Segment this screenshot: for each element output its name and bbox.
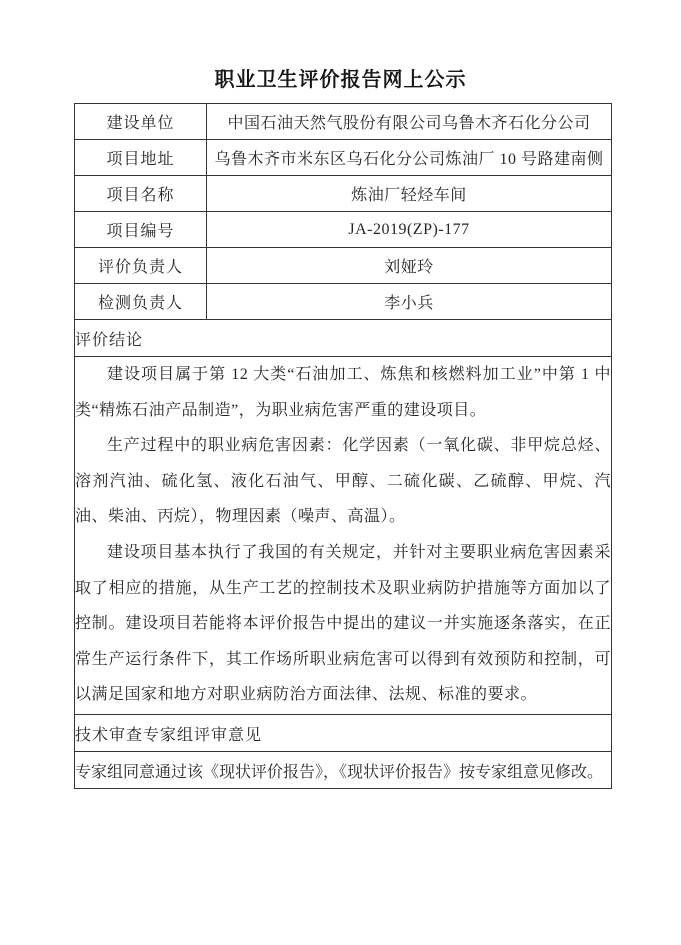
page-title: 职业卫生评价报告网上公示 [0,0,681,92]
project-address-value: 乌鲁木齐市米东区乌石化分公司炼油厂 10 号路建南侧 [207,140,612,176]
conclusion-paragraph-1: 建设项目属于第 12 大类“石油加工、炼焦和核燃料加工业”中第 1 中类“精炼石… [75,357,611,428]
table-row: 建设项目属于第 12 大类“石油加工、炼焦和核燃料加工业”中第 1 中类“精炼石… [75,357,612,715]
construction-unit-value: 中国石油天然气股份有限公司乌鲁木齐石化分公司 [207,104,612,140]
table-row: 专家组同意通过该《现状评价报告》，《现状评价报告》按专家组意见修改。 [75,752,612,789]
conclusion-text-cell: 建设项目属于第 12 大类“石油加工、炼焦和核燃料加工业”中第 1 中类“精炼石… [75,357,612,715]
project-number-value: JA-2019(ZP)-177 [207,212,612,248]
review-opinion-text: 专家组同意通过该《现状评价报告》，《现状评价报告》按专家组意见修改。 [75,752,612,789]
evaluation-lead-value: 刘娅玲 [207,248,612,284]
construction-unit-label: 建设单位 [75,104,207,140]
document-page: 职业卫生评价报告网上公示 建设单位 中国石油天然气股份有限公司乌鲁木齐石化分公司… [0,0,681,945]
table-row: 评价结论 [75,320,612,357]
table-row: 建设单位 中国石油天然气股份有限公司乌鲁木齐石化分公司 [75,104,612,140]
testing-lead-label: 检测负责人 [75,284,207,320]
project-name-value: 炼油厂轻烃车间 [207,176,612,212]
table-row: 评价负责人 刘娅玲 [75,248,612,284]
conclusion-paragraph-2: 生产过程中的职业病危害因素：化学因素（一氧化碳、非甲烷总烃、溶剂汽油、硫化氢、液… [75,428,611,535]
project-name-label: 项目名称 [75,176,207,212]
table-row: 项目地址 乌鲁木齐市米东区乌石化分公司炼油厂 10 号路建南侧 [75,140,612,176]
table-row: 项目名称 炼油厂轻烃车间 [75,176,612,212]
evaluation-lead-label: 评价负责人 [75,248,207,284]
project-address-label: 项目地址 [75,140,207,176]
testing-lead-value: 李小兵 [207,284,612,320]
conclusion-section-header: 评价结论 [75,320,612,357]
table-row: 技术审查专家组评审意见 [75,715,612,752]
table-row: 检测负责人 李小兵 [75,284,612,320]
review-section-header: 技术审查专家组评审意见 [75,715,612,752]
table-row: 项目编号 JA-2019(ZP)-177 [75,212,612,248]
conclusion-paragraph-3: 建设项目基本执行了我国的有关规定，并针对主要职业病危害因素采取了相应的措施，从生… [75,535,611,713]
project-number-label: 项目编号 [75,212,207,248]
report-table: 建设单位 中国石油天然气股份有限公司乌鲁木齐石化分公司 项目地址 乌鲁木齐市米东… [74,103,612,789]
